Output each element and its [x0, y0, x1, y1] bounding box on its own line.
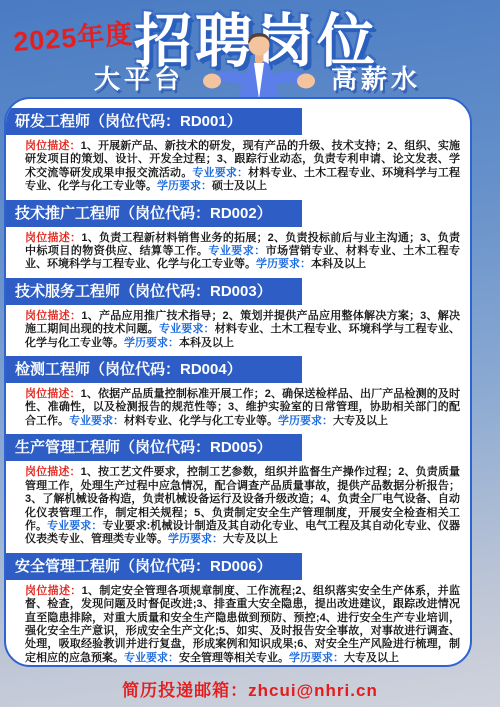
edu-text: 大专及以上	[344, 652, 399, 664]
slogan-left: 大平台	[94, 59, 184, 96]
job-title-bar: 研发工程师（岗位代码：RD001）	[6, 108, 302, 135]
poster-footer: 简历投递邮箱：zhcui@nhri.cn	[0, 676, 500, 701]
edu-label: 学历要求：	[278, 415, 333, 427]
job-details: 岗位描述：1、制定安全管理各项规章制度、工作流程;2、组织落实安全生产体系，并监…	[25, 585, 460, 665]
desc-label: 岗位描述：	[25, 466, 81, 478]
job-section: 研发工程师（岗位代码：RD001）岗位描述：1、开展新产品、新技术的研发，现有产…	[6, 108, 470, 194]
edu-label: 学历要求：	[157, 180, 212, 192]
major-text: 材料专业、化学与化工专业等。	[124, 415, 278, 427]
desc-label: 岗位描述：	[25, 388, 81, 400]
mascot-person-icon	[200, 29, 318, 99]
major-label: 专业要求：	[124, 652, 179, 664]
job-section: 技术服务工程师（岗位代码：RD003）岗位描述：1、产品应用推广技术指导；2、策…	[6, 278, 470, 350]
edu-label: 学历要求：	[124, 337, 179, 349]
email-address[interactable]: zhcui@nhri.cn	[248, 681, 378, 700]
major-label: 专业要求：	[208, 245, 265, 257]
edu-label: 学历要求：	[168, 533, 223, 545]
desc-label: 岗位描述：	[25, 140, 81, 152]
edu-text: 大专及以上	[333, 415, 388, 427]
job-details: 岗位描述：1、开展新产品、新技术的研发，现有产品的升级、技术支持；2、组织、实施…	[25, 140, 460, 194]
major-label: 专业要求：	[47, 520, 102, 532]
desc-label: 岗位描述：	[25, 585, 82, 597]
positions-card: 研发工程师（岗位代码：RD001）岗位描述：1、开展新产品、新技术的研发，现有产…	[4, 97, 472, 667]
job-details: 岗位描述：1、产品应用推广技术指导；2、策划并提供产品应用整体解决方案；3、解决…	[25, 310, 460, 350]
job-title-bar: 检测工程师（岗位代码：RD004）	[6, 356, 302, 383]
major-text: 安全管理等相关专业。	[179, 652, 289, 664]
job-details: 岗位描述：1、依据产品质量控制标准开展工作；2、确保送检样品、出厂产品检测的及时…	[25, 388, 460, 428]
job-title-bar: 技术服务工程师（岗位代码：RD003）	[6, 278, 302, 305]
email-label: 简历投递邮箱：	[122, 681, 248, 700]
job-section: 检测工程师（岗位代码：RD004）岗位描述：1、依据产品质量控制标准开展工作；2…	[6, 356, 470, 428]
desc-label: 岗位描述：	[25, 310, 81, 322]
job-title-bar: 技术推广工程师（岗位代码：RD002）	[6, 200, 302, 227]
major-label: 专业要求：	[69, 415, 124, 427]
edu-label: 学历要求：	[289, 652, 344, 664]
major-label: 专业要求：	[159, 323, 215, 335]
job-details: 岗位描述：1、负责工程新材料销售业务的拓展；2、负责投标前后与业主沟通；3、负责…	[25, 232, 460, 272]
major-label: 专业要求：	[192, 167, 248, 179]
edu-text: 本科及以上	[179, 337, 234, 349]
job-sections-list: 研发工程师（岗位代码：RD001）岗位描述：1、开展新产品、新技术的研发，现有产…	[6, 108, 470, 665]
job-title-bar: 生产管理工程师（岗位代码：RD005）	[6, 434, 302, 461]
edu-text: 本科及以上	[311, 258, 366, 270]
edu-text: 大专及以上	[223, 533, 278, 545]
job-section: 生产管理工程师（岗位代码：RD005）岗位描述：1、按工艺文件要求，控制工艺参数…	[6, 434, 470, 546]
job-section: 安全管理工程师（岗位代码：RD006）岗位描述：1、制定安全管理各项规章制度、工…	[6, 553, 470, 665]
job-title-bar: 安全管理工程师（岗位代码：RD006）	[6, 553, 302, 580]
edu-label: 学历要求：	[256, 258, 311, 270]
edu-text: 硕士及以上	[212, 180, 267, 192]
desc-label: 岗位描述：	[25, 232, 81, 244]
year-badge: 2025年度	[12, 12, 135, 59]
job-section: 技术推广工程师（岗位代码：RD002）岗位描述：1、负责工程新材料销售业务的拓展…	[6, 200, 470, 272]
slogan-right: 高薪水	[331, 59, 421, 96]
job-details: 岗位描述：1、按工艺文件要求，控制工艺参数，组织并监督生产操作过程；2、负责质量…	[25, 466, 460, 546]
